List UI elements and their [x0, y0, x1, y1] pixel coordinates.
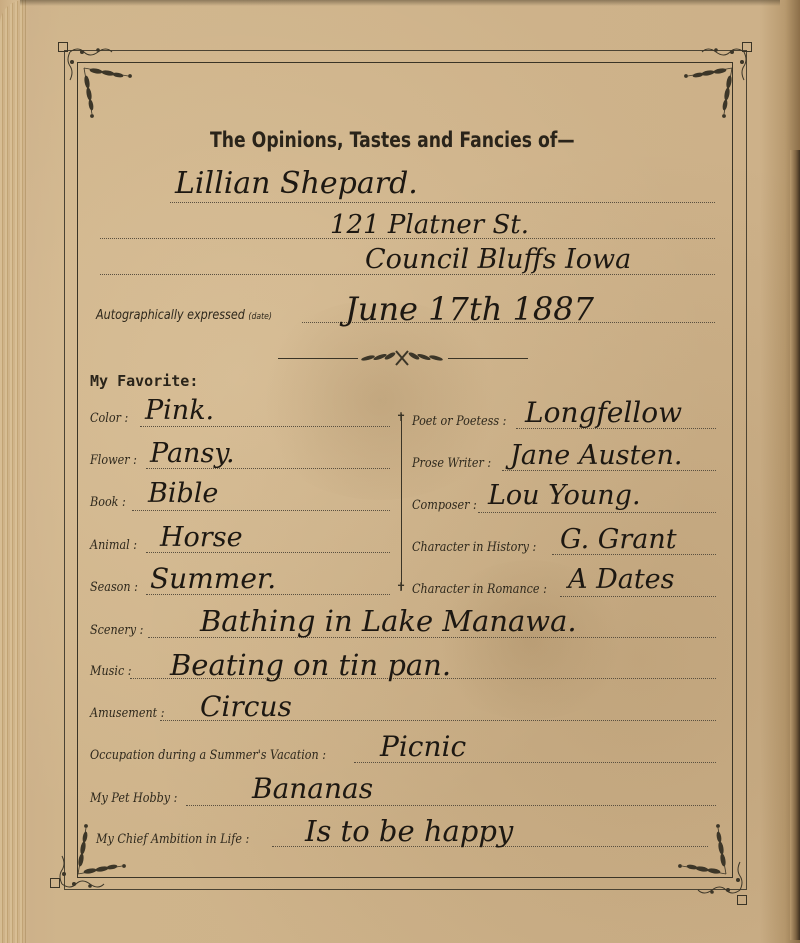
- page-edges-left: [0, 0, 26, 943]
- divider-line-right: [448, 358, 528, 359]
- date-label: Autographically expressed (date): [96, 308, 272, 323]
- color-line: [140, 426, 390, 427]
- date-value: June 17th 1887: [345, 290, 594, 328]
- page-title: The Opinions, Tastes and Fancies of—: [210, 128, 538, 152]
- prose-writer-value: Jane Austen.: [510, 440, 682, 471]
- vine-scroll-bottom-left-icon: [56, 852, 116, 892]
- poet-value: Longfellow: [525, 396, 682, 429]
- name-line: [170, 202, 715, 203]
- scenery-value: Bathing in Lake Manawa.: [200, 604, 577, 638]
- history-character-value: G. Grant: [560, 524, 677, 555]
- album-page: The Opinions, Tastes and Fancies of— Lil…: [0, 0, 800, 943]
- book-value: Bible: [148, 478, 218, 509]
- vine-scroll-bottom-right-icon: [686, 858, 746, 898]
- street-value: 121 Platner St.: [330, 210, 529, 240]
- name-value: Lillian Shepard.: [175, 166, 418, 201]
- amusement-value: Circus: [200, 690, 292, 723]
- pet-hobby-value: Bananas: [252, 772, 373, 805]
- flower-value: Pansy.: [150, 438, 235, 469]
- book-line: [132, 510, 390, 511]
- city-value: Council Bluffs Iowa: [365, 244, 631, 275]
- color-value: Pink.: [145, 395, 214, 426]
- composer-value: Lou Young.: [488, 480, 641, 511]
- chief-ambition-value: Is to be happy: [305, 814, 513, 848]
- cross-finial-top-icon: ✝: [396, 410, 406, 424]
- pet-hobby-line: [186, 805, 716, 806]
- composer-line: [478, 512, 716, 513]
- animal-value: Horse: [160, 522, 243, 553]
- season-value: Summer.: [150, 562, 276, 595]
- vine-scroll-top-right-icon: [690, 44, 750, 84]
- cross-finial-bottom-icon: ✝: [396, 580, 406, 594]
- romance-character-line: [560, 596, 716, 597]
- section-heading: My Favorite:: [90, 372, 198, 390]
- divider-line-left: [278, 358, 358, 359]
- laurel-divider-icon: [350, 348, 454, 368]
- vine-scroll-top-left-icon: [64, 44, 124, 84]
- music-value: Beating on tin pan.: [170, 648, 451, 682]
- column-divider: [401, 414, 402, 590]
- page-edge-right: [790, 150, 800, 940]
- summer-occupation-value: Picnic: [380, 730, 466, 763]
- romance-character-value: A Dates: [568, 564, 675, 595]
- binding-shadow: [20, 0, 780, 6]
